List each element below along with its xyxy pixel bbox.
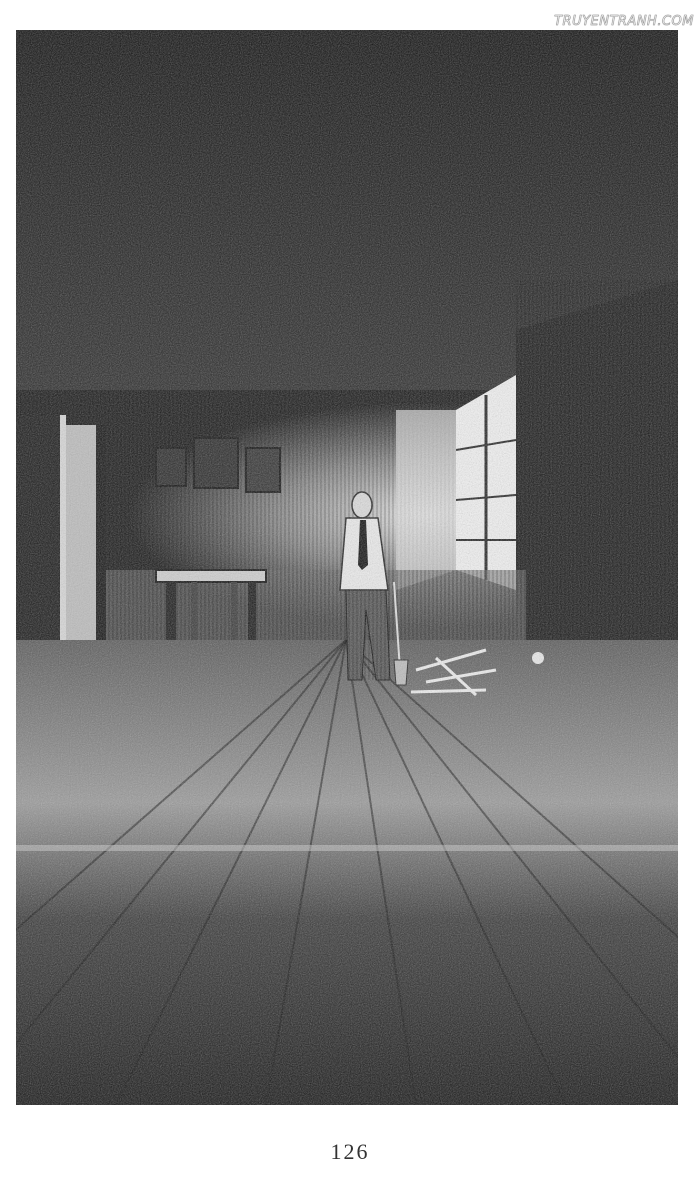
page-number: 126 (0, 1139, 700, 1165)
manga-panel (16, 30, 678, 1105)
site-watermark: TRUYENTRANH.COM (554, 14, 694, 29)
room-illustration (16, 30, 678, 1105)
